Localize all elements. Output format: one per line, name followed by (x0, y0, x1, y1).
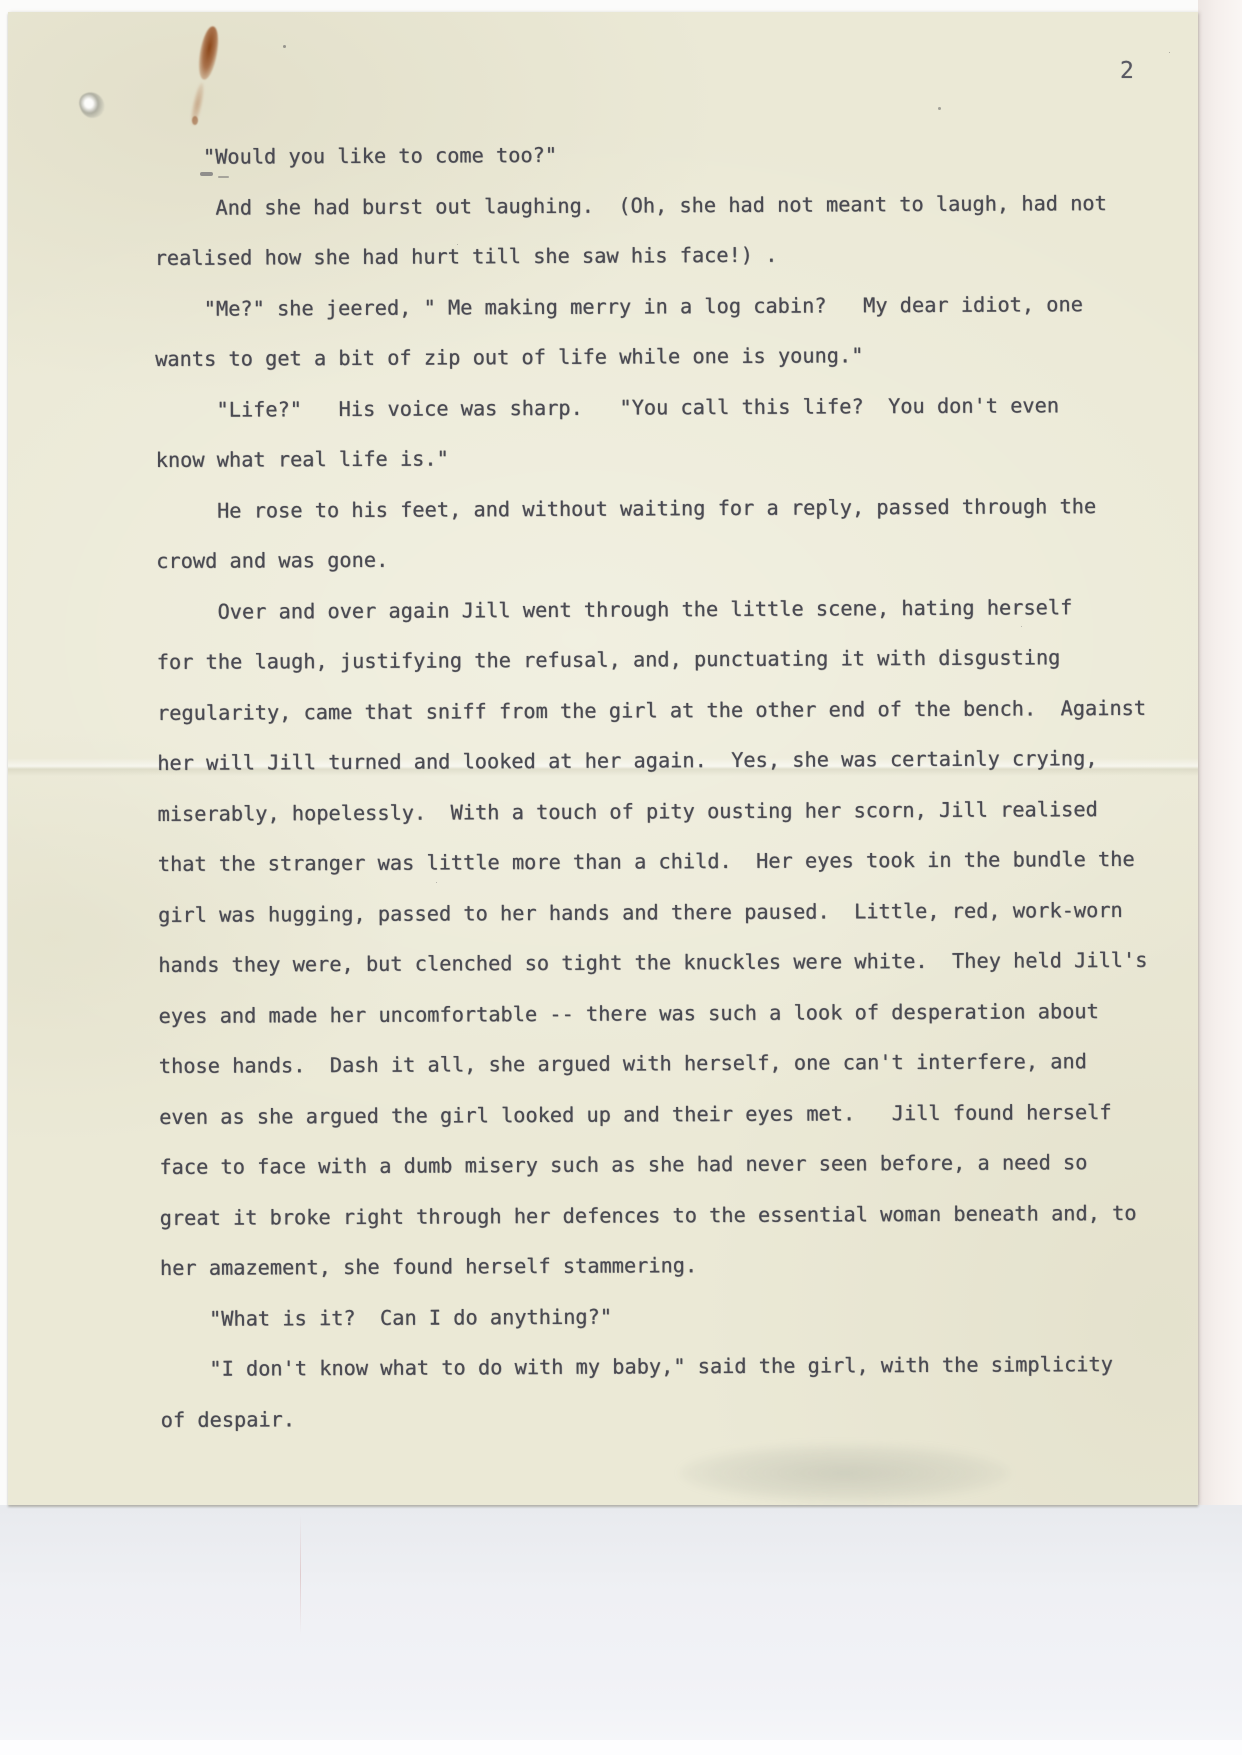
typescript-line: girl was hugging, passed to her hands an… (158, 884, 1168, 940)
scanner-background-bottom-edge (0, 1740, 1242, 1755)
scanner-scratch-mark (300, 1515, 301, 1635)
typescript-line: miserably, hopelessly. With a touch of p… (157, 783, 1167, 839)
typescript-line: those hands. Dash it all, she argued wit… (159, 1036, 1169, 1092)
paper-specks (283, 45, 286, 48)
manuscript-page: 2 "Would you like to come too?" And she … (8, 12, 1198, 1505)
typescript-line: crowd and was gone. (156, 531, 1166, 587)
typescript-line: hands they were, but clenched so tight t… (158, 935, 1168, 991)
typescript-line: great it broke right through her defence… (160, 1187, 1170, 1243)
typescript-line: "I don't know what to do with my baby," … (160, 1339, 1170, 1395)
typescript-line: of despair. (161, 1389, 1171, 1445)
typescript-line: regularity, came that sniff from the gir… (157, 682, 1167, 738)
typescript-line: "What is it? Can I do anything?" (160, 1288, 1170, 1344)
typescript-line: Over and over again Jill went through th… (156, 581, 1166, 637)
smudge-mark (680, 1444, 1010, 1502)
typescript-line: And she had burst out laughing. (Oh, she… (154, 177, 1164, 233)
typescript-line: "Me?" she jeered, " Me making merry in a… (155, 278, 1165, 334)
scanner-background-bottom (0, 1505, 1242, 1755)
paperclip-mark (76, 89, 107, 122)
rust-stain (195, 25, 221, 81)
typescript-line: know what real life is." (156, 430, 1166, 486)
rust-stain-dot (192, 116, 198, 125)
typescript-line: "Life?" His voice was sharp. "You call t… (155, 379, 1165, 435)
typescript-line: her will Jill turned and looked at her a… (157, 733, 1167, 789)
typescript-line: eyes and made her uncomfortable -- there… (158, 985, 1168, 1041)
typescript-line: "Would you like to come too?" (154, 127, 1164, 183)
typescript-line: for the laugh, justifying the refusal, a… (157, 632, 1167, 688)
typescript-line: realised how she had hurt till she saw h… (155, 228, 1165, 284)
page-number: 2 (1120, 58, 1134, 84)
typescript-line: that the stranger was little more than a… (158, 834, 1168, 890)
typescript-text: "Would you like to come too?" And she ha… (154, 127, 1171, 1445)
typescript-line: He rose to his feet, and without waiting… (156, 480, 1166, 536)
typescript-line: wants to get a bit of zip out of life wh… (155, 329, 1165, 385)
typescript-line: even as she argued the girl looked up an… (159, 1086, 1169, 1142)
typescript-line: her amazement, she found herself stammer… (160, 1238, 1170, 1294)
scanner-background-right (1198, 0, 1242, 1505)
typescript-line: face to face with a dumb misery such as … (159, 1137, 1169, 1193)
